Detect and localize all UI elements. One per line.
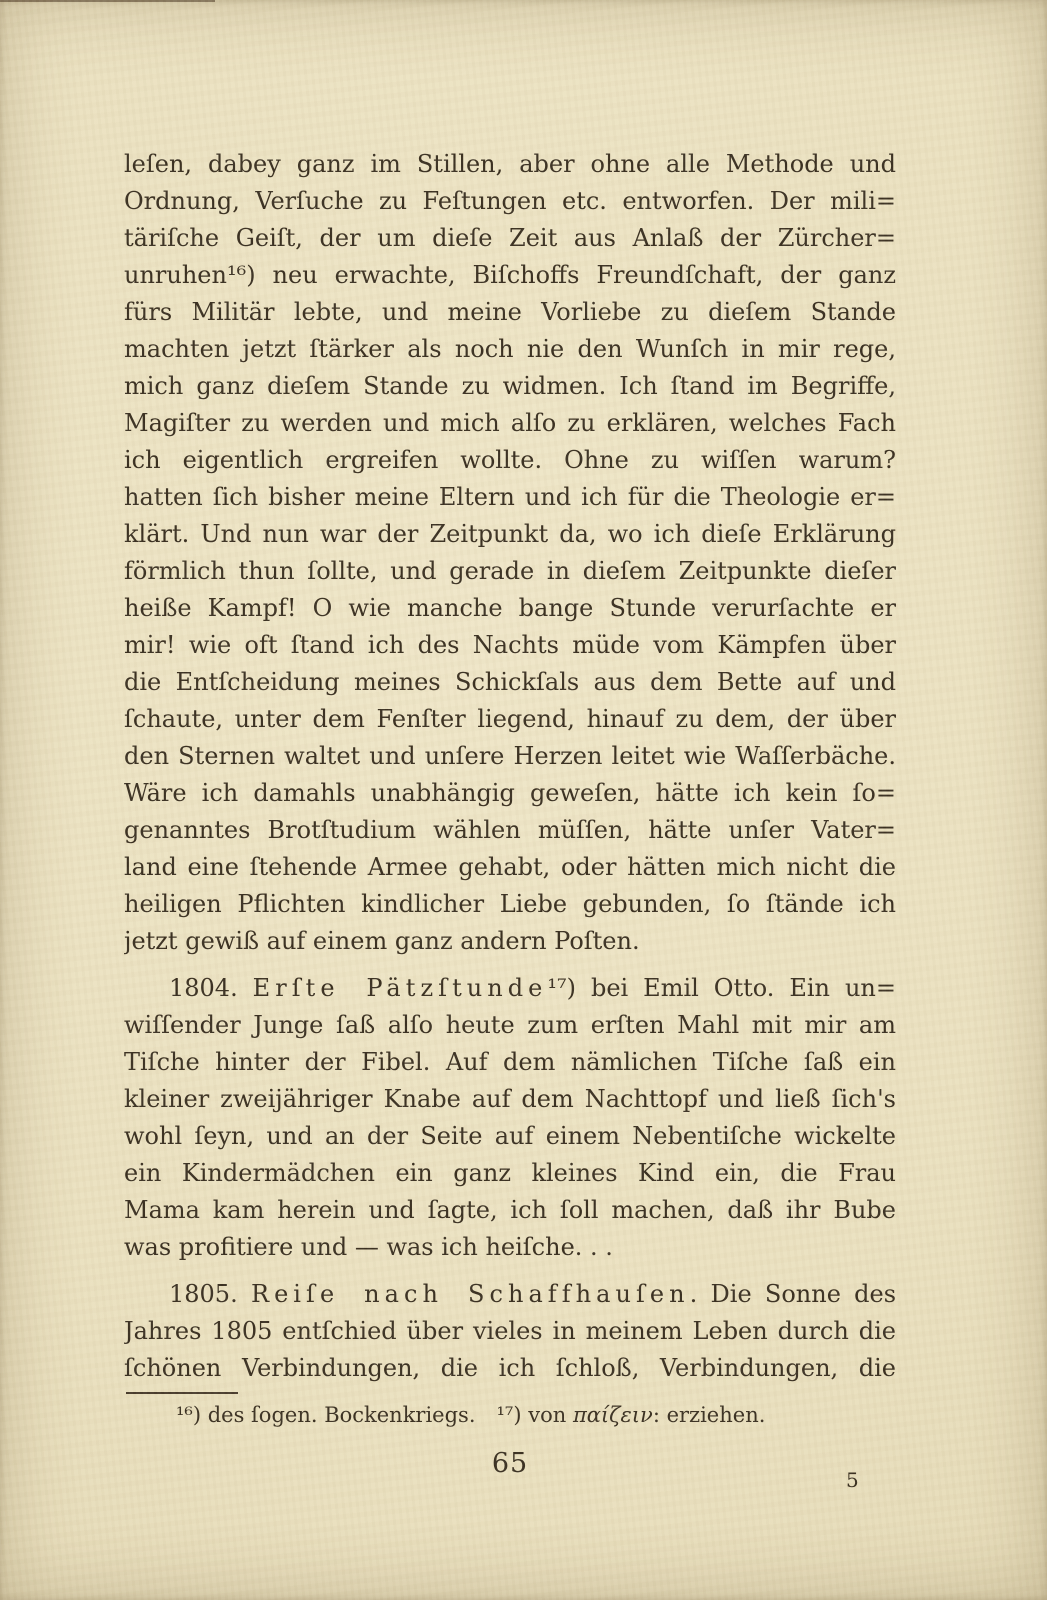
text-line: klärt. Und nun war der Zeitpunkt da, wo …	[124, 516, 896, 553]
text-segment: Ordnung, Verſuche zu Feſtungen etc. entw…	[124, 187, 896, 215]
text-line: Magiſter zu werden und mich alſo zu erkl…	[124, 405, 896, 442]
book-page: leſen, dabey ganz im Stillen, aber ohne …	[0, 0, 1047, 1600]
text-line: heiße Kampf! O wie manche bange Stunde v…	[124, 590, 896, 627]
text-line: leſen, dabey ganz im Stillen, aber ohne …	[124, 146, 896, 183]
text-segment: 1804.	[169, 974, 253, 1002]
text-line: hatten ſich bisher meine Eltern und ich …	[124, 479, 896, 516]
text-line: Wäre ich damahls unabhängig geweſen, hät…	[124, 775, 896, 812]
text-segment: Magiſter zu werden und mich alſo zu erkl…	[124, 409, 896, 437]
letterspaced-text: Erſte Pätzſtunde	[253, 974, 548, 1002]
text-segment: 1805.	[169, 1280, 251, 1308]
text-line: fürs Militär lebte, und meine Vorliebe z…	[124, 294, 896, 331]
text-segment: : erziehen.	[653, 1403, 766, 1427]
text-segment: was profitiere und — was ich heiſche. . …	[124, 1233, 613, 1261]
text-line: täriſche Geiſt, der um dieſe Zeit aus An…	[124, 220, 896, 257]
text-segment: machten jetzt ſtärker als noch nie den W…	[124, 335, 896, 363]
paragraph: leſen, dabey ganz im Stillen, aber ohne …	[124, 146, 896, 960]
text-segment: hatten ſich bisher meine Eltern und ich …	[124, 483, 896, 511]
text-segment: kleiner zweijähriger Knabe auf dem Nacht…	[124, 1085, 896, 1113]
text-line: genanntes Brotſtudium wählen müſſen, hät…	[124, 812, 896, 849]
text-segment: Mama kam herein und ſagte, ich ſoll mach…	[124, 1196, 896, 1224]
text-line: was profitiere und — was ich heiſche. . …	[124, 1229, 896, 1266]
text-line: ein Kindermädchen ein ganz kleines Kind …	[124, 1155, 896, 1192]
text-line: wohl ſeyn, und an der Seite auf einem Ne…	[124, 1118, 896, 1155]
greek-italic-text: παίζειν	[573, 1403, 653, 1427]
text-segment: genanntes Brotſtudium wählen müſſen, hät…	[124, 816, 896, 844]
page-number: 65	[124, 1448, 896, 1479]
text-line: ich eigentlich ergreifen wollte. Ohne zu…	[124, 442, 896, 479]
text-segment: mir! wie oft ſtand ich des Nachts müde v…	[124, 631, 896, 659]
text-segment: klärt. Und nun war der Zeitpunkt da, wo …	[124, 520, 896, 548]
text-line: 1804. Erſte Pätzſtunde¹⁷) bei Emil Otto.…	[124, 970, 896, 1007]
text-segment: Wäre ich damahls unabhängig geweſen, hät…	[124, 779, 896, 807]
text-line: unruhen¹⁶) neu erwachte, Biſchoffs Freun…	[124, 257, 896, 294]
paragraph: 1804. Erſte Pätzſtunde¹⁷) bei Emil Otto.…	[124, 970, 896, 1266]
text-segment: unruhen¹⁶) neu erwachte, Biſchoffs Freun…	[124, 261, 896, 289]
footnote: ¹⁶) des ſogen. Bockenkriegs. ¹⁷) von παί…	[124, 1401, 896, 1429]
text-line: mich ganz dieſem Stande zu widmen. Ich ſ…	[124, 368, 896, 405]
text-segment: land eine ſtehende Armee gehabt, oder hä…	[124, 853, 896, 881]
text-line: land eine ſtehende Armee gehabt, oder hä…	[124, 849, 896, 886]
letterspaced-text: Reiſe nach Schaffhauſen	[251, 1280, 690, 1308]
text-line: mir! wie oft ſtand ich des Nachts müde v…	[124, 627, 896, 664]
text-block: leſen, dabey ganz im Stillen, aber ohne …	[124, 146, 896, 1429]
text-line: den Sternen waltet und unſere Herzen lei…	[124, 738, 896, 775]
text-segment: Jahres 1805 entſchied über vieles in mei…	[124, 1317, 896, 1345]
text-line: Jahres 1805 entſchied über vieles in mei…	[124, 1313, 896, 1350]
text-line: wiſſender Junge ſaß alſo heute zum erſte…	[124, 1007, 896, 1044]
text-segment: ein Kindermädchen ein ganz kleines Kind …	[124, 1159, 896, 1187]
text-segment: Tiſche hinter der Fibel. Auf dem nämlich…	[124, 1048, 896, 1076]
text-segment: ¹⁷) bei Emil Otto. Ein un=	[547, 974, 896, 1002]
text-line: kleiner zweijähriger Knabe auf dem Nacht…	[124, 1081, 896, 1118]
text-line: Tiſche hinter der Fibel. Auf dem nämlich…	[124, 1044, 896, 1081]
signature-mark: 5	[846, 1468, 859, 1492]
text-segment: jetzt gewiß auf einem ganz andern Poſten…	[124, 927, 640, 955]
text-segment: heiße Kampf! O wie manche bange Stunde v…	[124, 594, 896, 622]
text-segment: täriſche Geiſt, der um dieſe Zeit aus An…	[124, 224, 896, 252]
text-segment: ich eigentlich ergreifen wollte. Ohne zu…	[124, 446, 896, 474]
text-segment: ſchönen Verbindungen, die ich ſchloß, Ve…	[124, 1354, 896, 1387]
text-segment: heiligen Pflichten kindlicher Liebe gebu…	[124, 890, 896, 918]
footnote-separator-rule	[126, 1392, 238, 1394]
text-segment: wohl ſeyn, und an der Seite auf einem Ne…	[124, 1122, 896, 1150]
text-segment: mich ganz dieſem Stande zu widmen. Ich ſ…	[124, 372, 896, 400]
text-segment: leſen, dabey ganz im Stillen, aber ohne …	[124, 150, 896, 178]
scan-edge-artifact	[0, 0, 215, 2]
text-segment: wiſſender Junge ſaß alſo heute zum erſte…	[124, 1011, 896, 1039]
text-segment: förmlich thun ſollte, und gerade in dieſ…	[124, 557, 896, 585]
paragraph: 1805. Reiſe nach Schaffhauſen. Die Sonne…	[124, 1276, 896, 1387]
text-segment: den Sternen waltet und unſere Herzen lei…	[124, 742, 896, 770]
text-segment: die Entſcheidung meines Schickſals aus d…	[124, 668, 896, 696]
text-line: 1805. Reiſe nach Schaffhauſen. Die Sonne…	[124, 1276, 896, 1313]
text-segment: . Die Sonne des	[690, 1280, 896, 1308]
text-line: Ordnung, Verſuche zu Feſtungen etc. entw…	[124, 183, 896, 220]
text-segment: ¹⁷) von	[497, 1403, 573, 1427]
text-line: Mama kam herein und ſagte, ich ſoll mach…	[124, 1192, 896, 1229]
text-segment: ſchaute, unter dem Fenſter liegend, hina…	[124, 705, 896, 733]
text-line: heiligen Pflichten kindlicher Liebe gebu…	[124, 886, 896, 923]
text-line: die Entſcheidung meines Schickſals aus d…	[124, 664, 896, 701]
text-line: machten jetzt ſtärker als noch nie den W…	[124, 331, 896, 368]
text-line: ſchaute, unter dem Fenſter liegend, hina…	[124, 701, 896, 738]
text-segment: ¹⁶) des ſogen. Bockenkriegs.	[176, 1403, 497, 1427]
text-segment: fürs Militär lebte, und meine Vorliebe z…	[124, 298, 896, 326]
text-line: jetzt gewiß auf einem ganz andern Poſten…	[124, 923, 896, 960]
text-line: förmlich thun ſollte, und gerade in dieſ…	[124, 553, 896, 590]
text-line: ſchönen Verbindungen, die ich ſchloß, Ve…	[124, 1350, 896, 1387]
